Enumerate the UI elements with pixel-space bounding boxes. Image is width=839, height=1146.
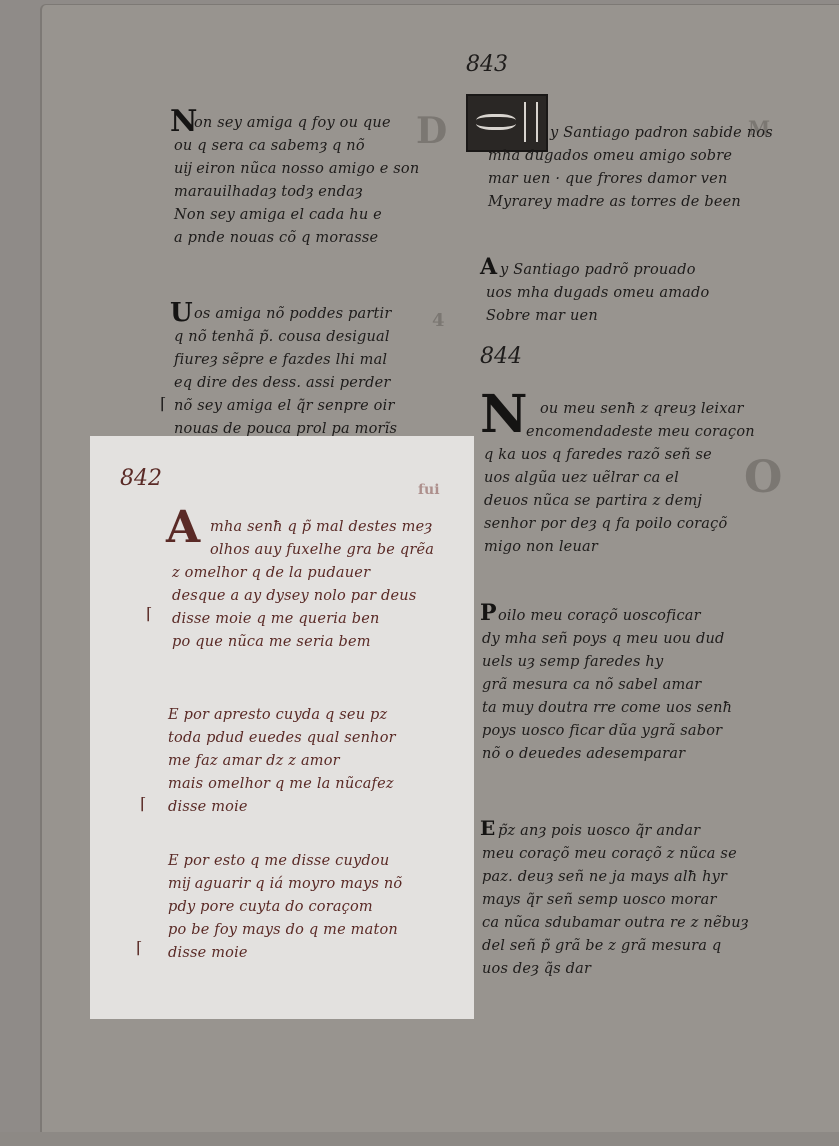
text-line: on sey amiga q foy ou que [194,112,391,135]
initial-a-843-refrain: A [480,254,497,280]
text-line: meu coraçõ meu coraçõ z nũca se [482,843,749,866]
poem-844-stanza1: q ka uos q faredes razõ señ se uos algũa… [484,444,727,559]
text-line: Myrarey madre as torres de been [488,191,741,214]
text-line: senhor por deȝ q fa poilo coraçõ [484,513,727,536]
margin-ghost-letter: O [744,452,782,503]
initial-n-844: N [480,384,528,445]
poem-844-stanza1-head: ou meu senħ z qreuȝ leixar [540,398,744,421]
text-line: uos deȝ q̃s dar [482,958,749,981]
text-line: mha dugados omeu amigo sobre [488,145,741,168]
poem-843-stanza2-head: y Santiago padrõ prouado [500,259,696,282]
text-line: po be foy mays do q me maton [168,919,402,942]
text-line: Sobre mar uen [486,305,709,328]
text-line: poys uosco ficar dũa ygrã sabor [482,720,732,743]
poem-a-text: on sey amiga q foy ou que [194,112,391,135]
text-line: uos mha dugads omeu amado [486,282,709,305]
text-line: E por esto q me disse cuydou [168,850,402,873]
initial-p-844: P [480,600,497,626]
text-line: disse moie [168,942,402,965]
text-line: pdy pore cuyta do coraçom [168,896,402,919]
poem-843-stanza1: mha dugados omeu amigo sobre mar uen · q… [488,145,741,214]
text-line: eq dire des dess. assi perder [174,372,397,395]
margin-ghost-letter: D [416,110,447,152]
text-line: grã mesura ca nõ sabel amar [482,674,732,697]
poem-843-stanza2: uos mha dugads omeu amado Sobre mar uen [486,282,709,328]
poem-number-844: 844 [480,344,522,369]
text-line: oilo meu coraçõ uoscoficar [498,605,701,628]
text-line: mĳ aguarir q iá moyro mays nõ [168,873,402,896]
text-line: a pnde nouas cõ q morasse [174,227,419,250]
margin-ghost-mark: 4 [432,310,445,331]
poem-842-stanza3: E por esto q me disse cuydou mĳ aguarir … [168,850,402,965]
decorated-initial-a [466,94,548,152]
text-line: fiureȝ sẽpre e fazdes lhi mal [174,349,397,372]
poem-number-843: 843 [466,52,508,77]
text-line: del señ p̃ grã be z grã mesura q [482,935,749,958]
poem-844-stanza2-head: oilo meu coraçõ uoscoficar [498,605,701,628]
text-line: marauilhadaȝ todȝ endaȝ [174,181,419,204]
text-line: disse moie q me queria ben [172,608,416,631]
text-line: ta muy doutra rre come uos senħ [482,697,732,720]
text-line: mays q̃r señ semp uosco morar [482,889,749,912]
text-line: toda pdud euedes qual senhor [168,727,396,750]
text-line: E por apresto cuyda q seu pz [168,704,396,727]
poem-844-stanza3: meu coraçõ meu coraçõ z nũca se paz. deu… [482,843,749,981]
text-line: migo non leuar [484,536,727,559]
text-line: olhos auy fuxelhe gra be qrẽa [210,539,434,562]
poem-number-842: 842 [120,466,162,491]
text-line: nõ sey amiga el q̃r senpre oir [174,395,397,418]
poem-a-text-cont: ou q sera ca sabemȝ q nõ uĳ eiron nũca n… [174,135,419,250]
text-line: ou q sera ca sabemȝ q nõ [174,135,419,158]
text-line: desque a ay dysey nolo par deus [172,585,416,608]
poem-844-stanza3-head: p̃z anȝ pois uosco q̃r andar [498,820,700,843]
text-line: nouas de pouca prol pa morĩs [174,418,397,441]
poem-b-text: os amiga nõ poddes partir [194,303,392,326]
text-line: q ka uos q faredes razõ señ se [484,444,727,467]
poem-844-stanza1-line2: encomendadeste meu coraçon [526,421,755,444]
poem-843-stanza1-head: y Santiago padron sabide nos [550,122,773,145]
paragraph-bracket-icon: ⌈ [146,604,152,623]
paragraph-bracket-icon: ⌈ [136,938,142,957]
text-line: nõ o deuedes adesemparar [482,743,732,766]
text-line: mar uen · que frores damor ven [488,168,741,191]
text-line: y Santiago padron sabide nos [550,122,773,145]
page-bottom-edge [0,1132,839,1146]
poem-842-stanza1: z omelhor q de la pudauer desque a ay dy… [172,562,416,654]
text-line: y Santiago padrõ prouado [500,259,696,282]
text-line: me faz amar dz z amor [168,750,396,773]
text-line: deuos nũca se partira z demj [484,490,727,513]
initial-e-844: E [480,816,495,840]
initial-u: U [170,298,193,328]
text-line: uels uȝ semp faredes hy [482,651,732,674]
text-line: os amiga nõ poddes partir [194,303,392,326]
poem-842-stanza2: E por apresto cuyda q seu pz toda pdud e… [168,704,396,819]
text-line: z omelhor q de la pudauer [172,562,416,585]
text-line: ca nũca sdubamar outra re z nẽbuȝ [482,912,749,935]
poem-844-stanza2: dy mha señ poys q meu uou dud uels uȝ se… [482,628,732,766]
text-line: mais omelhor q me la nũcafez [168,773,396,796]
initial-a-842: A [166,502,200,553]
poem-842-stanza1-head: mha senħ q p̃ mal destes meȝ olhos auy f… [210,516,434,562]
text-line: ou meu senħ z qreuȝ leixar [540,398,744,421]
text-line: mha senħ q p̃ mal destes meȝ [210,516,434,539]
poem-b-text-cont: q nõ tenhã p̃. cousa desigual fiureȝ sẽp… [174,326,397,441]
text-line: Non sey amiga el cada hu e [174,204,419,227]
text-line: po que nũca me seria bem [172,631,416,654]
text-line: uos algũa uez uẽlrar ca el [484,467,727,490]
text-line: dy mha señ poys q meu uou dud [482,628,732,651]
text-line: disse moie [168,796,396,819]
text-line: encomendadeste meu coraçon [526,421,755,444]
text-line: paz. deuȝ señ ne ja mays alħ hyr [482,866,749,889]
text-line: q nõ tenhã p̃. cousa desigual [174,326,397,349]
paragraph-bracket-icon: ⌈ [140,794,146,813]
text-line: uĳ eiron nũca nosso amigo e son [174,158,419,181]
paragraph-bracket-icon: ⌈ [160,394,166,413]
margin-note: fui [418,482,440,498]
text-line: p̃z anȝ pois uosco q̃r andar [498,820,700,843]
